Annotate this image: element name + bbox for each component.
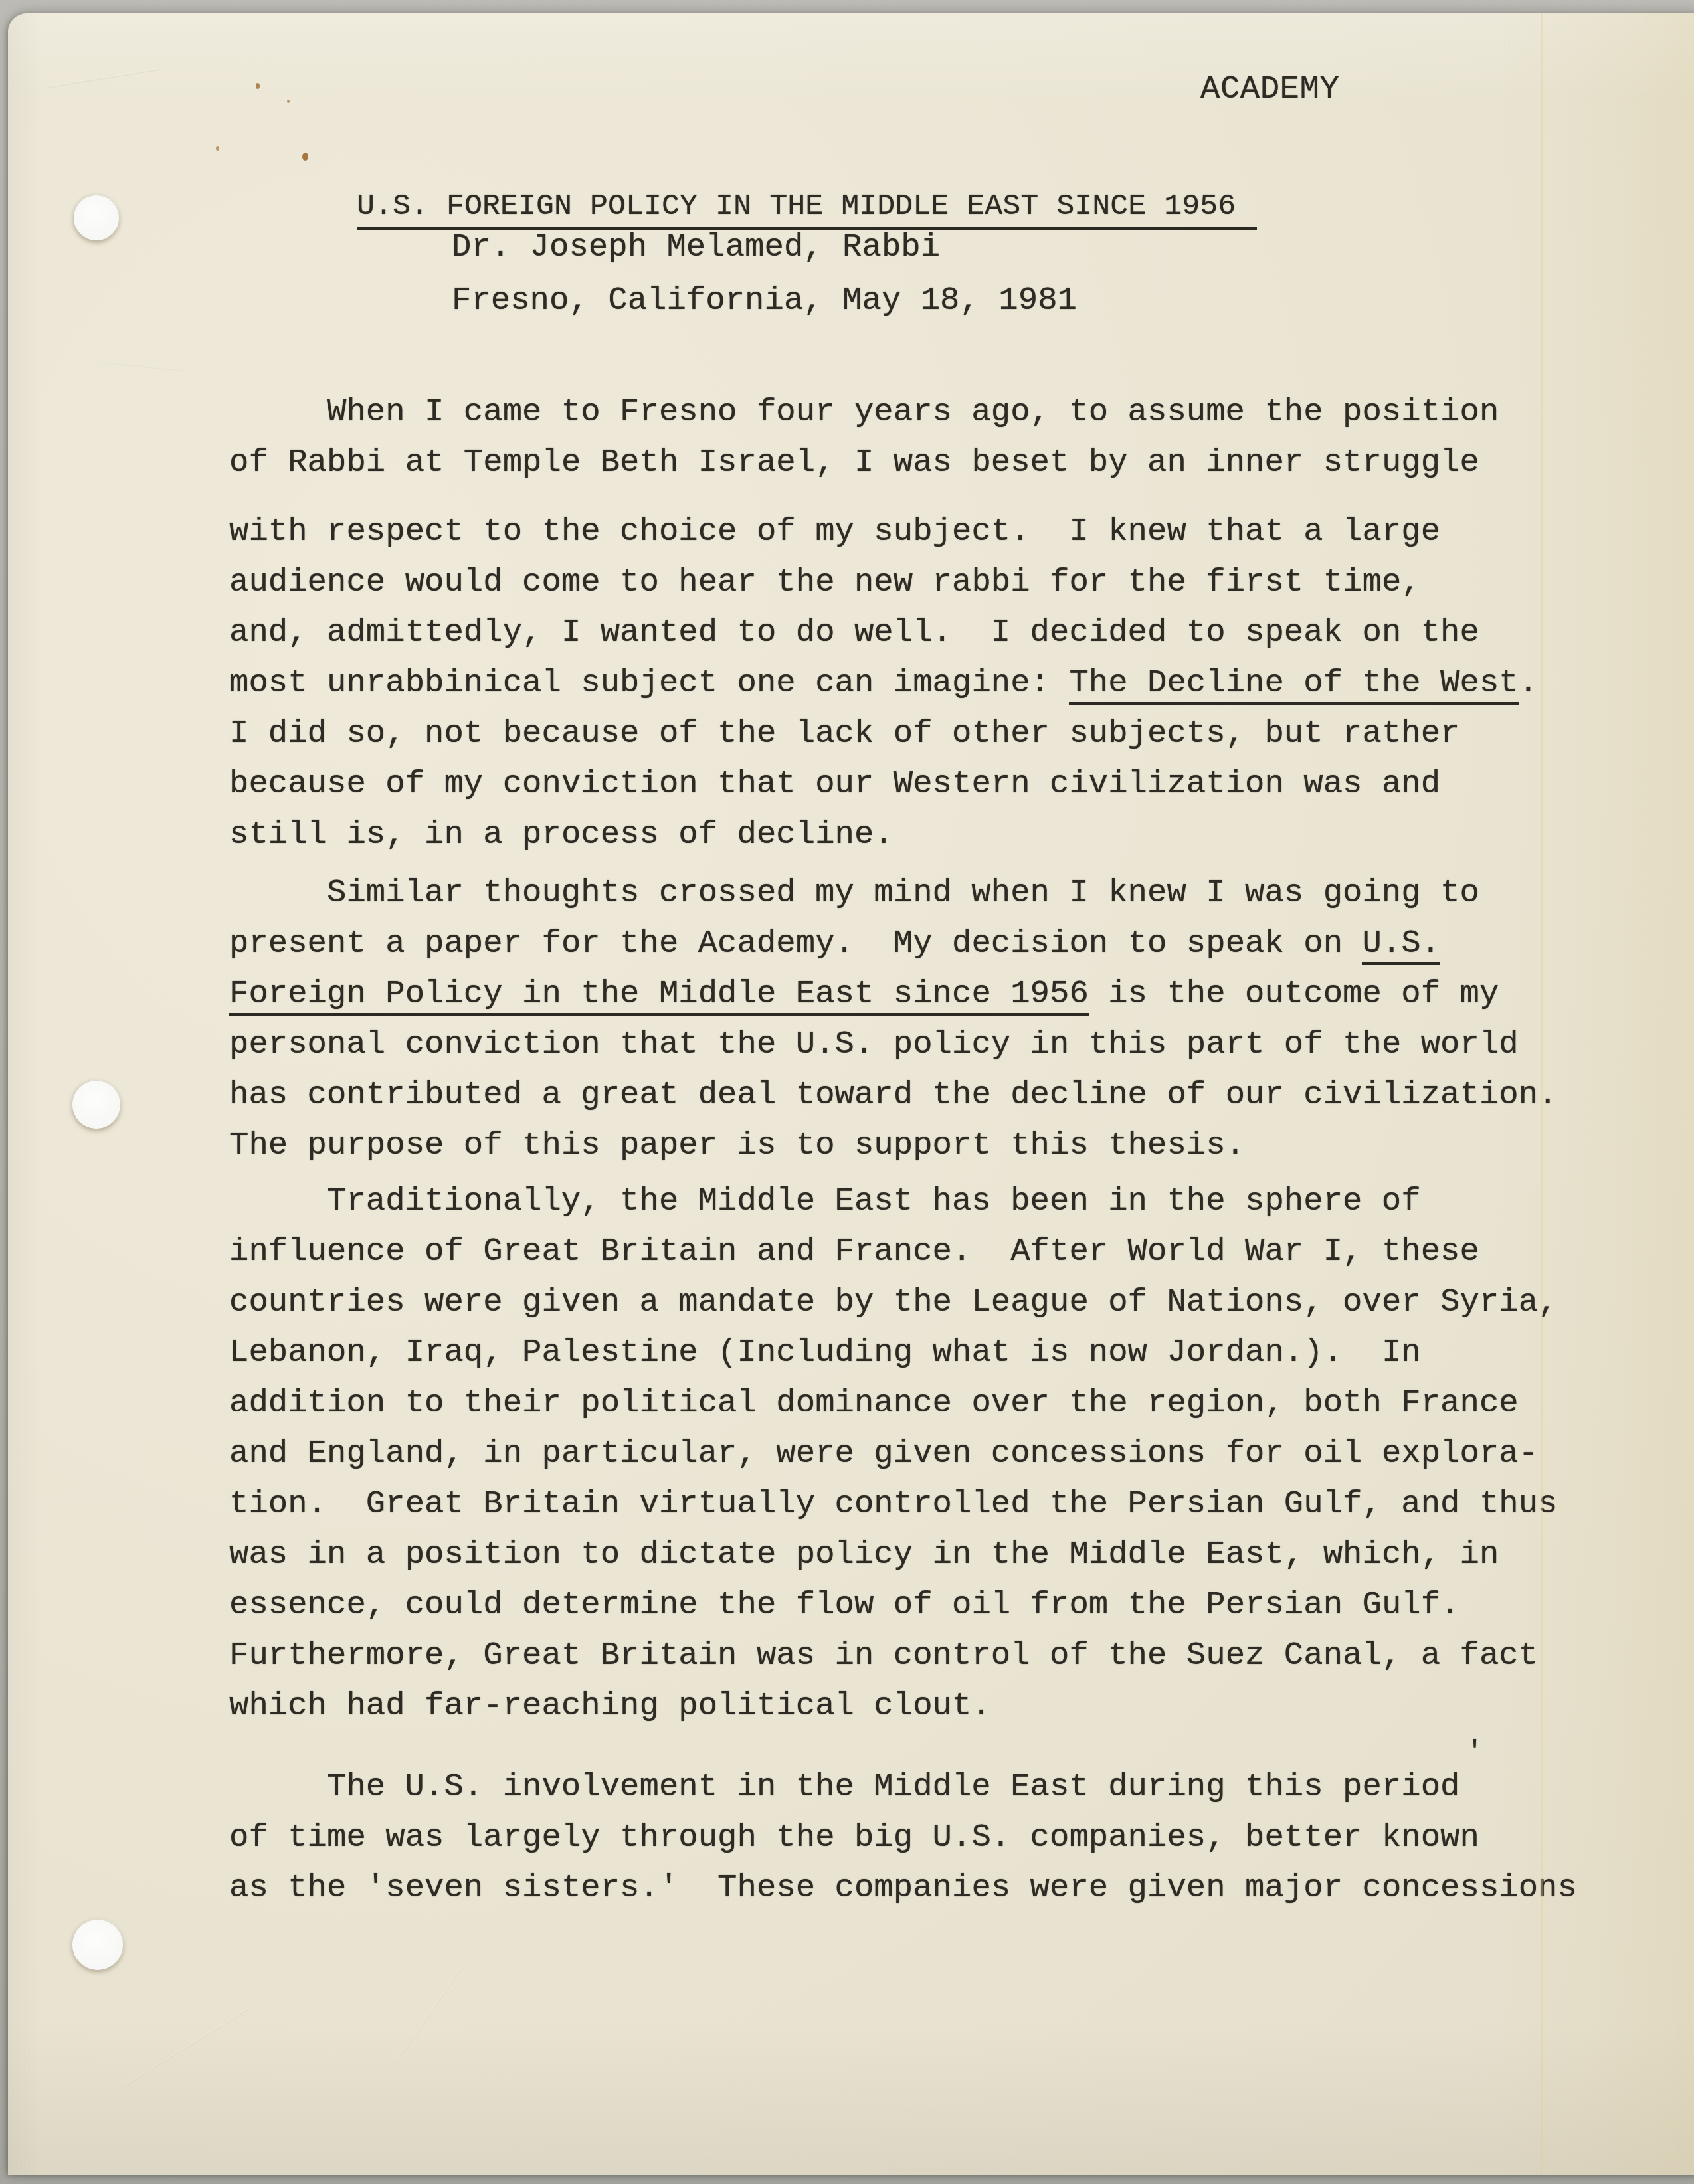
text-line: present a paper for the Academy. My deci…: [229, 918, 1638, 968]
text-line: and England, in particular, were given c…: [229, 1428, 1638, 1479]
rust-stain: [256, 83, 260, 89]
text-line: Furthermore, Great Britain was in contro…: [229, 1630, 1638, 1681]
text-segment: Lebanon, Iraq, Palestine (Including what…: [229, 1334, 1421, 1371]
document-title-text: U.S. FOREIGN POLICY IN THE MIDDLE EAST S…: [357, 189, 1257, 230]
text-line: has contributed a great deal toward the …: [229, 1069, 1638, 1120]
text-segment: and England, in particular, were given c…: [229, 1435, 1538, 1472]
paragraph: When I came to Fresno four years ago, to…: [229, 387, 1638, 860]
paragraph: Traditionally, the Middle East has been …: [229, 1176, 1638, 1731]
text-segment: of Rabbi at Temple Beth Israel, I was be…: [229, 444, 1479, 481]
text-line: influence of Great Britain and France. A…: [229, 1226, 1638, 1277]
text-segment: The U.S. involvement in the Middle East …: [327, 1768, 1459, 1805]
text-segment: because of my conviction that our Wester…: [229, 765, 1440, 802]
text-line: essence, could determine the flow of oil…: [229, 1580, 1638, 1630]
text-segment: tion. Great Britain virtually controlled…: [229, 1485, 1558, 1522]
text-line: was in a position to dictate policy in t…: [229, 1529, 1638, 1580]
paper-crease: [125, 2007, 250, 2086]
text-segment: still is, in a process of decline.: [229, 816, 894, 853]
text-segment: and, admittedly, I wanted to do well. I …: [229, 614, 1479, 651]
text-line: addition to their political dominance ov…: [229, 1378, 1638, 1428]
text-segment: When I came to Fresno four years ago, to…: [327, 393, 1499, 430]
text-line: audience would come to hear the new rabb…: [229, 557, 1638, 607]
author-line: Dr. Joseph Melamed, Rabbi: [452, 228, 940, 266]
text-segment: with respect to the choice of my subject…: [229, 513, 1440, 550]
text-segment: as the 'seven sisters.' These companies …: [229, 1869, 1577, 1906]
academy-corner-label: ACADEMY: [1200, 70, 1339, 108]
text-line: I did so, not because of the lack of oth…: [229, 708, 1638, 759]
text-segment: .: [1519, 664, 1538, 701]
text-line: Lebanon, Iraq, Palestine (Including what…: [229, 1327, 1638, 1378]
text-line: of time was largely through the big U.S.…: [229, 1812, 1638, 1863]
rust-stain: [287, 100, 290, 103]
text-segment: I did so, not because of the lack of oth…: [229, 715, 1460, 752]
document-body: When I came to Fresno four years ago, to…: [229, 387, 1638, 1913]
text-segment: essence, could determine the flow of oil…: [229, 1586, 1460, 1623]
place-date-line: Fresno, California, May 18, 1981: [452, 282, 1077, 319]
text-segment: countries were given a mandate by the Le…: [229, 1283, 1558, 1320]
text-segment: has contributed a great deal toward the …: [229, 1076, 1558, 1113]
rust-stain: [302, 153, 308, 161]
text-line: with respect to the choice of my subject…: [229, 506, 1638, 557]
text-segment: addition to their political dominance ov…: [229, 1384, 1519, 1421]
text-line: which had far-reaching political clout.: [229, 1681, 1638, 1731]
text-segment: influence of Great Britain and France. A…: [229, 1233, 1479, 1270]
text-segment: Similar thoughts crossed my mind when I …: [327, 874, 1479, 911]
text-segment: present a paper for the Academy. My deci…: [229, 925, 1362, 962]
text-line: Traditionally, the Middle East has been …: [229, 1176, 1638, 1226]
text-segment: personal conviction that the U.S. policy…: [229, 1026, 1519, 1063]
text-line: The U.S. involvement in the Middle East …: [229, 1762, 1638, 1812]
paper-crease: [101, 361, 187, 372]
text-line: When I came to Fresno four years ago, to…: [229, 387, 1638, 437]
text-line: countries were given a mandate by the Le…: [229, 1277, 1638, 1327]
text-segment: most unrabbinical subject one can imagin…: [229, 664, 1069, 701]
underlined-text-segment: U.S.: [1362, 925, 1440, 965]
paragraph: The U.S. involvement in the Middle East …: [229, 1762, 1638, 1913]
underlined-text-segment: The Decline of the West: [1069, 664, 1518, 705]
paper-crease: [48, 68, 160, 88]
text-line: Similar thoughts crossed my mind when I …: [229, 867, 1638, 918]
text-line: Foreign Policy in the Middle East since …: [229, 968, 1638, 1019]
document-page: ACADEMY U.S. FOREIGN POLICY IN THE MIDDL…: [8, 13, 1694, 2175]
text-segment: was in a position to dictate policy in t…: [229, 1536, 1499, 1573]
punch-hole-top: [74, 195, 119, 240]
rust-stain: [216, 146, 219, 151]
paper-crease: [393, 1961, 466, 2066]
paragraph: Similar thoughts crossed my mind when I …: [229, 867, 1638, 1170]
underlined-text-segment: Foreign Policy in the Middle East since …: [229, 975, 1089, 1016]
text-line: because of my conviction that our Wester…: [229, 759, 1638, 809]
text-segment: is the outcome of my: [1089, 975, 1499, 1012]
punch-hole-middle: [72, 1081, 120, 1129]
text-line: of Rabbi at Temple Beth Israel, I was be…: [229, 437, 1638, 488]
scanner-streak: [1541, 13, 1543, 2175]
text-line: and, admittedly, I wanted to do well. I …: [229, 607, 1638, 658]
text-segment: audience would come to hear the new rabb…: [229, 563, 1421, 600]
text-line: tion. Great Britain virtually controlled…: [229, 1479, 1638, 1529]
punch-hole-bottom: [72, 1920, 123, 1970]
scanner-background: ACADEMY U.S. FOREIGN POLICY IN THE MIDDL…: [0, 0, 1694, 2184]
text-segment: Traditionally, the Middle East has been …: [327, 1182, 1421, 1220]
text-line: still is, in a process of decline.: [229, 809, 1638, 860]
text-segment: of time was largely through the big U.S.…: [229, 1819, 1479, 1856]
stray-ink-mark: ': [1467, 1738, 1483, 1768]
text-line: as the 'seven sisters.' These companies …: [229, 1863, 1638, 1913]
text-segment: The purpose of this paper is to support …: [229, 1127, 1245, 1164]
text-line: The purpose of this paper is to support …: [229, 1120, 1638, 1170]
text-line: personal conviction that the U.S. policy…: [229, 1019, 1638, 1069]
text-segment: which had far-reaching political clout.: [229, 1687, 991, 1724]
text-segment: Furthermore, Great Britain was in contro…: [229, 1637, 1538, 1674]
text-line: most unrabbinical subject one can imagin…: [229, 658, 1638, 708]
